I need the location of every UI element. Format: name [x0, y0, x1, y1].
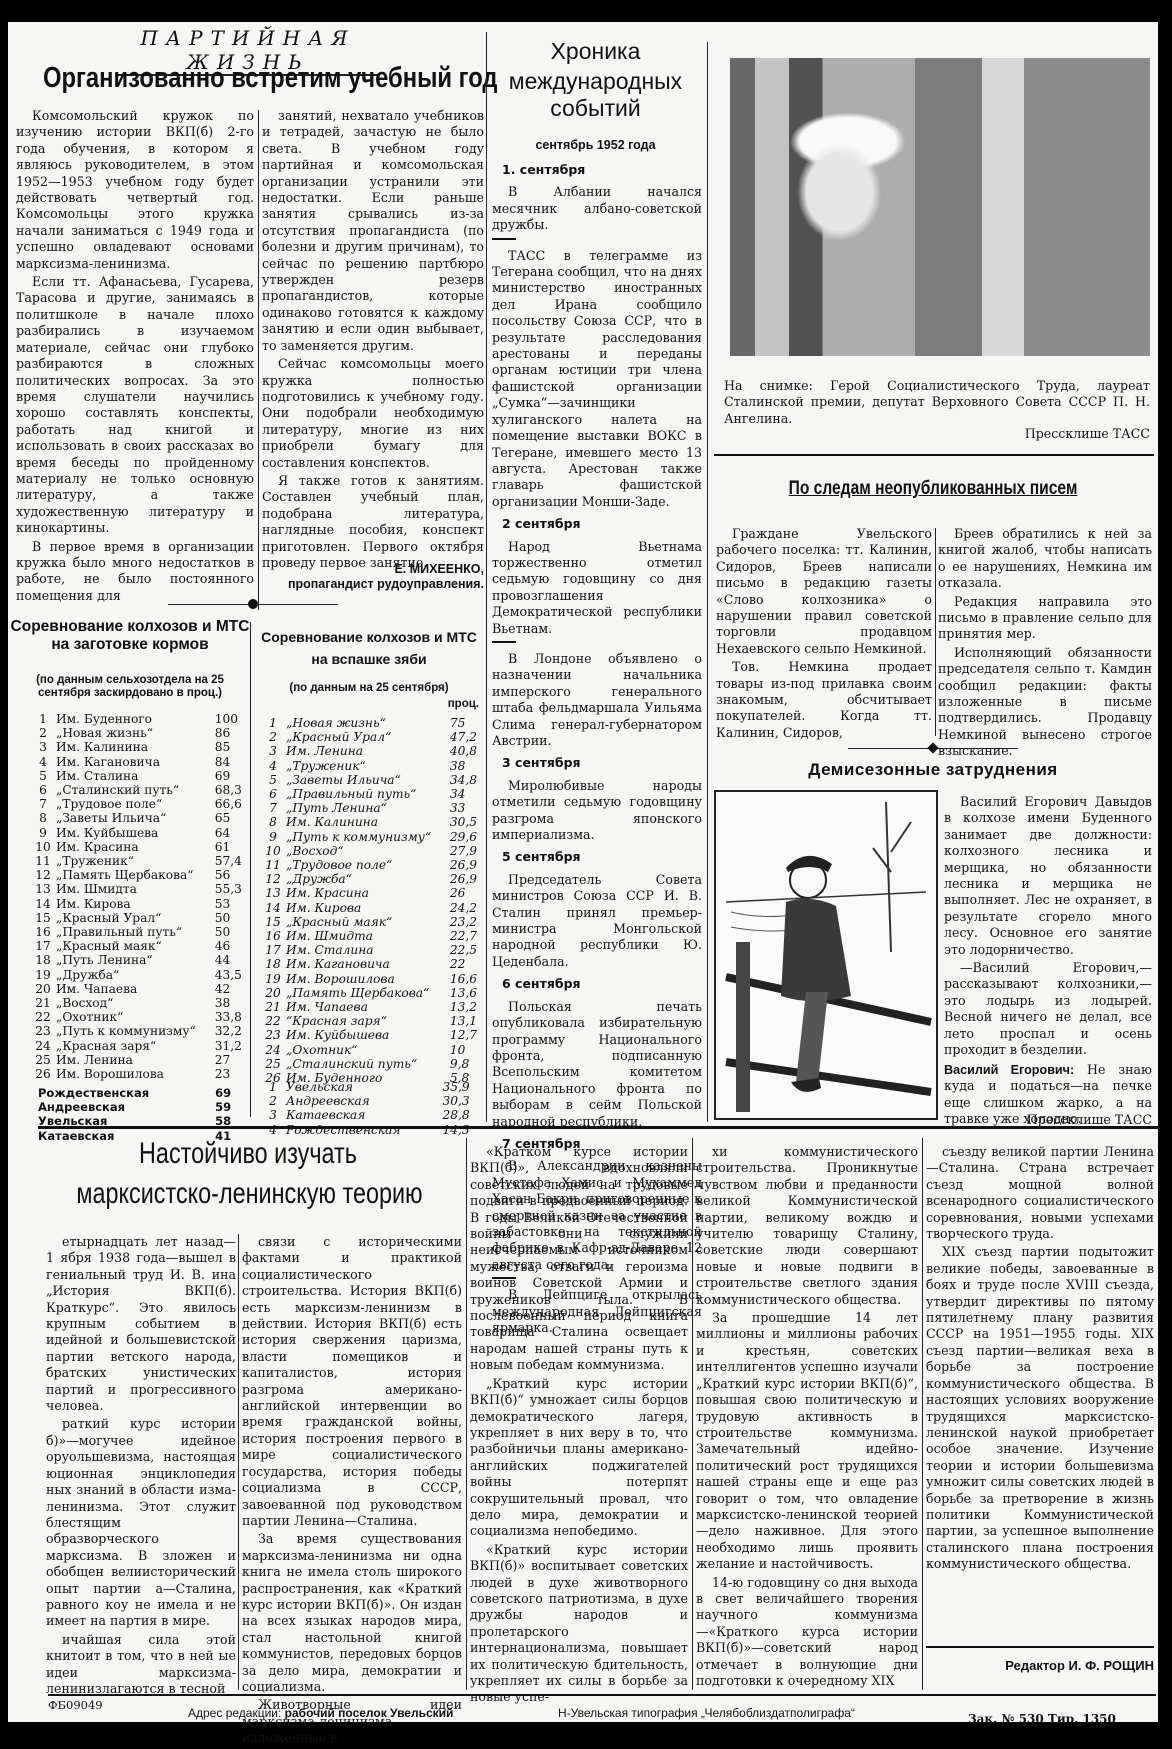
chronicle-date: 1. сентября — [502, 162, 702, 178]
table-row: 19Им. Ворошилова16,6 — [260, 972, 480, 986]
value-cell: 40,8 — [444, 744, 480, 758]
letters-title: По следам неопубликованных писем — [749, 478, 1118, 500]
table-fodder-title: Соревнование колхозов и МТС на заготовке… — [10, 618, 250, 654]
photo-credit: Пресcклише ТАСС — [724, 426, 1150, 442]
rank-cell: 3 — [260, 1108, 286, 1122]
name-cell: „Сталинский путь“ — [286, 1057, 444, 1071]
name-cell: Им. Калинина — [286, 815, 444, 829]
chronicle-title: Хроника международных событий — [488, 36, 703, 120]
table-row: 8Им. Калинина30,5 — [260, 815, 480, 829]
value-cell: 50 — [209, 911, 245, 925]
value-cell: 47,2 — [444, 730, 480, 744]
name-cell: Им. Ленина — [56, 1053, 209, 1067]
table-row: 19„Дружба“43,5 — [30, 968, 245, 982]
chronicle-item: Народ Вьетнама торжественно отметил седь… — [492, 539, 702, 637]
rank-cell: 6 — [260, 787, 286, 801]
photo-angelina — [730, 58, 1150, 356]
table-row: 15„Красный Урал“50 — [30, 911, 245, 925]
table-row: 3Им. Калинина85 — [30, 740, 245, 754]
rank-cell: 15 — [260, 915, 286, 929]
article2-title-line-1: Настойчиво изучать — [76, 1134, 419, 1174]
name-cell: Андреевская — [286, 1094, 436, 1108]
name-cell: „Восход“ — [56, 996, 209, 1010]
table-plowing-title: Соревнование колхозов и МТС на вспашке з… — [254, 626, 484, 670]
newspaper-page: ПАРТИЙНАЯ ЖИЗНЬ Организованно встретим у… — [8, 22, 1158, 1722]
value-cell: 100 — [209, 712, 245, 726]
name-cell: „Правильный путь“ — [56, 925, 209, 939]
value-cell: 75 — [444, 716, 480, 730]
name-cell: „Охотник“ — [56, 1010, 209, 1024]
satire-title: Демисезонные затруднения — [708, 760, 1158, 780]
name-cell: „Путь к коммунизму“ — [286, 830, 444, 844]
value-cell: 26 — [444, 886, 480, 900]
value-cell: 27 — [209, 1053, 245, 1067]
table-row: 18„Путь Ленина“44 — [30, 953, 245, 967]
name-cell: „Охотник“ — [286, 1043, 444, 1057]
author-name: Е. МИХЕЕНКО, — [262, 562, 484, 577]
table-row: 4Им. Кагановича84 — [30, 755, 245, 769]
article1-signature: Е. МИХЕЕНКО, пропагандист рудоуправления… — [262, 562, 484, 592]
table-row: 22„Охотник“33,8 — [30, 1010, 245, 1024]
paragraph: За прошедшие 14 лет миллионы и миллионы … — [696, 1310, 918, 1573]
chronicle-item: В Албании начался месячник албано-советс… — [492, 184, 702, 233]
name-cell: „Память Щербакова“ — [56, 868, 209, 882]
value-cell: 13,6 — [444, 986, 480, 1000]
rank-cell: 17 — [30, 939, 56, 953]
table-row: 1Увельская35,9 — [260, 1080, 480, 1094]
rank-cell: 8 — [260, 815, 286, 829]
table-row: 26Им. Ворошилова23 — [30, 1067, 245, 1081]
rank-cell: 10 — [30, 840, 56, 854]
rank-cell: 10 — [260, 844, 286, 858]
name-cell: Им. Шмидта — [286, 929, 444, 943]
value-cell: 13,2 — [444, 1000, 480, 1014]
table-plowing: 1„Новая жизнь“752„Красный Урал“47,23Им. … — [260, 716, 480, 1085]
value-cell: 65 — [209, 811, 245, 825]
paragraph: Исполняющий обязанности председателя сел… — [938, 645, 1152, 760]
table-row: 25„Сталинский путь“9,8 — [260, 1057, 480, 1071]
paragraph: Граждане Увельского рабочего поселка: тт… — [716, 526, 932, 657]
rank-cell: 12 — [260, 872, 286, 886]
chronicle-date: 6 сентября — [502, 976, 702, 992]
table-row: 7„Путь Ленина“33 — [260, 801, 480, 815]
chronicle-date: 5 сентября — [502, 849, 702, 865]
value-cell: 55,3 — [209, 882, 245, 896]
rank-cell: 16 — [260, 929, 286, 943]
rank-cell: 18 — [260, 957, 286, 971]
name-cell: Им. Буденного — [56, 712, 209, 726]
paragraph: раткий курс истории б)»—могучее идейное … — [46, 1416, 236, 1629]
name-cell: Катаевская — [286, 1108, 436, 1122]
paragraph: Если тт. Афанасьева, Гусарева, Тарасова … — [16, 274, 254, 537]
table-row: 16Им. Шмидта22,7 — [260, 929, 480, 943]
photo-caption: На снимке: Герой Социалистического Труда… — [724, 378, 1150, 427]
value-cell: 30,5 — [444, 815, 480, 829]
rank-cell: 4 — [260, 759, 286, 773]
name-cell: Им. Красина — [286, 886, 444, 900]
name-cell: „Красная заря“ — [56, 1039, 209, 1053]
rank-cell: 26 — [30, 1067, 56, 1081]
table-row: 6„Правильный путь“34 — [260, 787, 480, 801]
value-cell: 32,2 — [209, 1024, 245, 1038]
rank-cell: 16 — [30, 925, 56, 939]
table-row: 7„Трудовое поле“66,6 — [30, 797, 245, 811]
chronicle-title-line-1: Хроника — [488, 36, 703, 66]
name-cell: Им. Шмидта — [56, 882, 209, 896]
footer-printer: Н-Увельская типография „Челябоблиздатпол… — [558, 1706, 855, 1720]
rank-cell: 9 — [260, 830, 286, 844]
rank-cell: 20 — [260, 986, 286, 1000]
paragraph: «Кратком курсе истории ВКП(б)», вдохновл… — [470, 1144, 688, 1374]
name-cell: Им. Ворошилова — [56, 1067, 209, 1081]
rank-cell: 1 — [260, 1080, 286, 1094]
table-row: 24„Красная заря“31,2 — [30, 1039, 245, 1053]
chronicle-title-line-2: международных — [488, 66, 703, 96]
value-cell: 61 — [209, 840, 245, 854]
chronicle-item: Польская печать опубликовала избирательн… — [492, 999, 702, 1130]
article2-column-2: связи с историческими фактами и практико… — [242, 1234, 462, 1740]
name-cell: Им. Калинина — [56, 740, 209, 754]
table-row: 15„Красный маяк“23,2 — [260, 915, 480, 929]
value-cell: 38 — [444, 759, 480, 773]
value-cell: 28,8 — [436, 1108, 480, 1122]
rank-cell: 21 — [30, 996, 56, 1010]
rank-cell: 25 — [30, 1053, 56, 1067]
name-cell: „Труженик“ — [286, 759, 444, 773]
name-cell: „Заветы Ильича“ — [56, 811, 209, 825]
paragraph: Сейчас комсомольцы моего кружка полность… — [262, 356, 484, 471]
value-cell: 46 — [209, 939, 245, 953]
paragraph: —Василий Егорович,— рассказывают колхозн… — [944, 960, 1152, 1058]
footer-order: Зак. № 530 Тир. 1350 — [968, 1712, 1116, 1726]
table-row: 16„Правильный путь“50 — [30, 925, 245, 939]
paragraph: Я также готов к занятиям. Составлен учеб… — [262, 473, 484, 571]
article2-column-3: «Кратком курсе истории ВКП(б)», вдохновл… — [470, 1144, 688, 1708]
rank-cell: 19 — [30, 968, 56, 982]
table-row: 11„Труженик“57,4 — [30, 854, 245, 868]
table-row: 6„Сталинский путь“68,3 — [30, 783, 245, 797]
table-row: 3Катаевская28,8 — [260, 1108, 480, 1122]
article1-column-1: Комсомольский кружок по изучению истории… — [16, 108, 254, 606]
item-separator — [492, 641, 516, 643]
name-cell: Им. Сталина — [286, 943, 444, 957]
name-cell: „Заветы Ильича“ — [286, 773, 444, 787]
table-fodder-subtitle: (по данным сельхозотдела на 25 сентября … — [10, 674, 250, 700]
chronicle-date: 2 сентября — [502, 516, 702, 532]
name-cell: Рождественская — [38, 1086, 209, 1100]
paragraph: Редакция направила это письмо в правлени… — [938, 594, 1152, 643]
value-cell: 23,2 — [444, 915, 480, 929]
rank-cell: 3 — [30, 740, 56, 754]
rank-cell: 24 — [260, 1043, 286, 1057]
rank-cell: 2 — [260, 730, 286, 744]
rank-cell: 5 — [260, 773, 286, 787]
paragraph: Тов. Немкина продает товары из-под прила… — [716, 659, 932, 741]
name-cell: „Трудовое поле“ — [56, 797, 209, 811]
table-row: 2„Новая жизнь“86 — [30, 726, 245, 740]
table-row: 23„Путь к коммунизму“32,2 — [30, 1024, 245, 1038]
rank-cell: 14 — [30, 897, 56, 911]
rank-cell: 13 — [260, 886, 286, 900]
name-cell: Им. Кирова — [286, 901, 444, 915]
chronicle-title-line-3: событий — [488, 96, 703, 120]
paragraph: съезду великой партии Ленина—Сталина. Ст… — [926, 1144, 1154, 1242]
name-cell: „Трудовое поле“ — [286, 858, 444, 872]
value-cell: 68,3 — [209, 783, 245, 797]
letters-column-2: Бреев обратились к ней за книгой жалоб, … — [938, 526, 1152, 762]
table-row: 10„Восход“27,9 — [260, 844, 480, 858]
name-cell: „Красный Урал“ — [56, 911, 209, 925]
name-cell: „Красный маяк“ — [286, 915, 444, 929]
rank-cell: 23 — [30, 1024, 56, 1038]
quote-speaker: Василий Егорович: — [944, 1063, 1074, 1077]
value-cell: 34 — [444, 787, 480, 801]
name-cell: Им. Сталина — [56, 769, 209, 783]
name-cell: Им. Чапаева — [286, 1000, 444, 1014]
rank-cell: 1 — [260, 716, 286, 730]
name-cell: „Сталинский путь“ — [56, 783, 209, 797]
table-plowing-subtitle: (по данным на 25 сентября) — [254, 682, 484, 694]
rank-cell: 19 — [260, 972, 286, 986]
rank-cell: 7 — [30, 797, 56, 811]
name-cell: „Правильный путь“ — [286, 787, 444, 801]
paragraph: Комсомольский кружок по изучению истории… — [16, 108, 254, 272]
value-cell: 50 — [209, 925, 245, 939]
name-cell: Им. Кагановича — [56, 755, 209, 769]
rank-cell: 13 — [30, 882, 56, 896]
value-cell: 26,9 — [444, 872, 480, 886]
value-cell: 30,3 — [436, 1094, 480, 1108]
value-cell: 44 — [209, 953, 245, 967]
paragraph: За время существования марксизма-лениниз… — [242, 1531, 462, 1695]
value-cell: 22,7 — [444, 929, 480, 943]
value-cell: 26,9 — [444, 858, 480, 872]
rank-cell: 7 — [260, 801, 286, 815]
paragraph: занятий, нехватало учебников и тетрадей,… — [262, 108, 484, 354]
table-row: 25Им. Ленина27 — [30, 1053, 245, 1067]
table-row: 14Им. Кирова53 — [30, 897, 245, 911]
name-cell: „Путь Ленина“ — [286, 801, 444, 815]
article1-title: Организованно встретим учебный год — [43, 62, 453, 95]
article1-column-2: занятий, нехватало учебников и тетрадей,… — [262, 108, 484, 573]
table-row: 5Им. Сталина69 — [30, 769, 245, 783]
table-row: 13Им. Красина26 — [260, 886, 480, 900]
article2-title: Настойчиво изучать марксистско-ленинскую… — [76, 1134, 419, 1214]
rank-cell: 24 — [30, 1039, 56, 1053]
rank-cell: 15 — [30, 911, 56, 925]
value-cell: 59 — [209, 1100, 243, 1114]
author-role: пропагандист рудоуправления. — [262, 577, 484, 592]
chronicle-date: 3 сентября — [502, 755, 702, 771]
table-row: 2Андреевская30,3 — [260, 1094, 480, 1108]
value-cell: 29,6 — [444, 830, 480, 844]
table-row: 14Им. Кирова24,2 — [260, 901, 480, 915]
value-cell: 12,7 — [444, 1028, 480, 1042]
name-cell: Им. Куйбышева — [56, 826, 209, 840]
rank-cell: 12 — [30, 868, 56, 882]
value-cell: 33,8 — [209, 1010, 245, 1024]
name-cell: Им. Кагановича — [286, 957, 444, 971]
name-cell: „Дружба“ — [56, 968, 209, 982]
rank-cell: 14 — [260, 901, 286, 915]
name-cell: Увельская — [286, 1080, 436, 1094]
name-cell: „Новая жизнь“ — [286, 716, 444, 730]
address-label: Адрес редакции: — [188, 1706, 281, 1720]
name-cell: “Красная заря“ — [286, 1014, 444, 1028]
value-cell: 24,2 — [444, 901, 480, 915]
table-row: 11„Трудовое поле“26,9 — [260, 858, 480, 872]
paragraph: 14-ю годовщину со дня выхода в свет вели… — [696, 1575, 918, 1690]
value-cell: 69 — [209, 1086, 243, 1100]
table-row: 20„Память Щербакова“13,6 — [260, 986, 480, 1000]
name-cell: „Дружба“ — [286, 872, 444, 886]
paragraph: связи с историческими фактами и практико… — [242, 1234, 462, 1529]
value-cell: 16,6 — [444, 972, 480, 986]
divider-diamond-icon — [927, 742, 938, 753]
table-row: 18Им. Кагановича22 — [260, 957, 480, 971]
table-row: 24„Охотник“10 — [260, 1043, 480, 1057]
editor-credit: Редактор И. Ф. РОЩИН — [926, 1658, 1154, 1673]
rank-cell: 11 — [260, 858, 286, 872]
name-cell: „Память Щербакова“ — [286, 986, 444, 1000]
name-cell: „Путь к коммунизму“ — [56, 1024, 209, 1038]
footer-code: ФБ09049 — [48, 1698, 103, 1712]
table-row: 21Им. Чапаева13,2 — [260, 1000, 480, 1014]
value-cell: 14,3 — [436, 1123, 480, 1137]
value-cell: 22,5 — [444, 943, 480, 957]
table-row: 9„Путь к коммунизму“29,6 — [260, 830, 480, 844]
letters-column-1: Граждане Увельского рабочего поселка: тт… — [716, 526, 932, 743]
rank-cell: 11 — [30, 854, 56, 868]
table-fodder: 1Им. Буденного1002„Новая жизнь“863Им. Ка… — [30, 712, 245, 1081]
paragraph: Бреев обратились к ней за книгой жалоб, … — [938, 526, 1152, 592]
chronicle-subtitle: сентябрь 1952 года — [488, 138, 703, 152]
value-cell: 64 — [209, 826, 245, 840]
divider-dot-icon — [248, 599, 258, 609]
table-row: Рождественская69 — [38, 1086, 243, 1100]
satire-body: Василий Егорович Давыдов в колхозе имени… — [944, 794, 1152, 1061]
rank-cell: 22 — [30, 1010, 56, 1024]
table-row: 12„Память Щербакова“56 — [30, 868, 245, 882]
value-cell: 56 — [209, 868, 245, 882]
rank-cell: 1 — [30, 712, 56, 726]
table-row: 10Им. Красина61 — [30, 840, 245, 854]
name-cell: Им. Ленина — [286, 744, 444, 758]
rank-cell: 4 — [30, 755, 56, 769]
rank-cell: 23 — [260, 1028, 286, 1042]
table-row: 3Им. Ленина40,8 — [260, 744, 480, 758]
article2-column-1: етырнадцать лет назад—1 ября 1938 года—в… — [46, 1234, 236, 1699]
rank-cell: 18 — [30, 953, 56, 967]
table-row: 13Им. Шмидта55,3 — [30, 882, 245, 896]
table-row: 20Им. Чапаева42 — [30, 982, 245, 996]
table-row: 4„Труженик“38 — [260, 759, 480, 773]
table-row: 2„Красный Урал“47,2 — [260, 730, 480, 744]
table-row: 8„Заветы Ильича“65 — [30, 811, 245, 825]
rank-cell: 21 — [260, 1000, 286, 1014]
name-cell: „Новая жизнь“ — [56, 726, 209, 740]
table-row: 9Им. Куйбышева64 — [30, 826, 245, 840]
value-cell: 43,5 — [209, 968, 245, 982]
name-cell: „Красный Урал“ — [286, 730, 444, 744]
article2-column-4: хи коммунистического строительства. Прон… — [696, 1144, 918, 1691]
value-cell: 10 — [444, 1043, 480, 1057]
table-row: 12„Дружба“26,9 — [260, 872, 480, 886]
value-cell: 42 — [209, 982, 245, 996]
paragraph: В первое время в организации кружка было… — [16, 539, 254, 605]
name-cell: „Путь Ленина“ — [56, 953, 209, 967]
paragraph: XIX съезд партии подытожит великие побед… — [926, 1244, 1154, 1572]
rank-cell: 17 — [260, 943, 286, 957]
value-cell: 86 — [209, 726, 245, 740]
paragraph: хи коммунистического строительства. Прон… — [696, 1144, 918, 1308]
table-row: 17Им. Сталина22,5 — [260, 943, 480, 957]
table-row: Андреевская59 — [38, 1100, 243, 1114]
rank-cell: 9 — [30, 826, 56, 840]
name-cell: Им. Ворошилова — [286, 972, 444, 986]
table-row: 1„Новая жизнь“75 — [260, 716, 480, 730]
table-row: 22“Красная заря“13,1 — [260, 1014, 480, 1028]
rank-cell: 22 — [260, 1014, 286, 1028]
paragraph: «Краткий курс истории ВКП(б)» воспитывае… — [470, 1542, 688, 1706]
value-cell: 84 — [209, 755, 245, 769]
name-cell: „Восход“ — [286, 844, 444, 858]
cartoon-illustration — [714, 790, 938, 1120]
value-cell: 13,1 — [444, 1014, 480, 1028]
rank-cell: 2 — [260, 1094, 286, 1108]
footer-address: Адрес редакции: рабочий поселок Увельски… — [188, 1706, 453, 1720]
article2-title-line-2: марксистско-ленинскую теорию — [76, 1174, 419, 1214]
name-cell: Им. Кирова — [56, 897, 209, 911]
name-cell: Андреевская — [38, 1100, 209, 1114]
paragraph: „Краткий курс истории ВКП(б)“ умножает с… — [470, 1376, 688, 1540]
value-cell: 66,6 — [209, 797, 245, 811]
value-cell: 85 — [209, 740, 245, 754]
paragraph: ичайшая сила этой книтоит в том, что в н… — [46, 1632, 236, 1698]
value-cell: 9,8 — [444, 1057, 480, 1071]
name-cell: Им. Куйбышева — [286, 1028, 444, 1042]
address-value: рабочий поселок Увельский — [285, 1706, 454, 1720]
value-cell: 33 — [444, 801, 480, 815]
chronicle-item: ТАСС в телеграмме из Тегерана сообщил, ч… — [492, 248, 702, 511]
value-cell: 38 — [209, 996, 245, 1010]
cartoon-lazy-man-icon — [716, 792, 936, 1118]
table-row: 17„Красный маяк“46 — [30, 939, 245, 953]
name-cell: Им. Красина — [56, 840, 209, 854]
rank-cell: 6 — [30, 783, 56, 797]
chronicle-item: Председатель Совета министров Союза ССР … — [492, 872, 702, 970]
article2-column-5: съезду великой партии Ленина—Сталина. Ст… — [926, 1144, 1154, 1575]
chronicle-item: Миролюбивые народы отметили седьмую годо… — [492, 778, 702, 844]
table-row: 5„Заветы Ильича“34,8 — [260, 773, 480, 787]
item-separator — [492, 238, 516, 240]
value-cell: 53 — [209, 897, 245, 911]
value-cell: 22 — [444, 957, 480, 971]
paragraph: Василий Егорович Давыдов в колхозе имени… — [944, 794, 1152, 958]
value-cell: 35,9 — [436, 1080, 480, 1094]
value-cell: 34,8 — [444, 773, 480, 787]
value-cell: 57,4 — [209, 854, 245, 868]
rank-cell: 25 — [260, 1057, 286, 1071]
table-plowing-unit: проц. — [254, 698, 479, 710]
table-row: 21„Восход“38 — [30, 996, 245, 1010]
rank-cell: 20 — [30, 982, 56, 996]
value-cell: 27,9 — [444, 844, 480, 858]
name-cell: „Труженик“ — [56, 854, 209, 868]
rank-cell: 3 — [260, 744, 286, 758]
name-cell: Им. Чапаева — [56, 982, 209, 996]
paragraph: етырнадцать лет назад—1 ября 1938 года—в… — [46, 1234, 236, 1414]
